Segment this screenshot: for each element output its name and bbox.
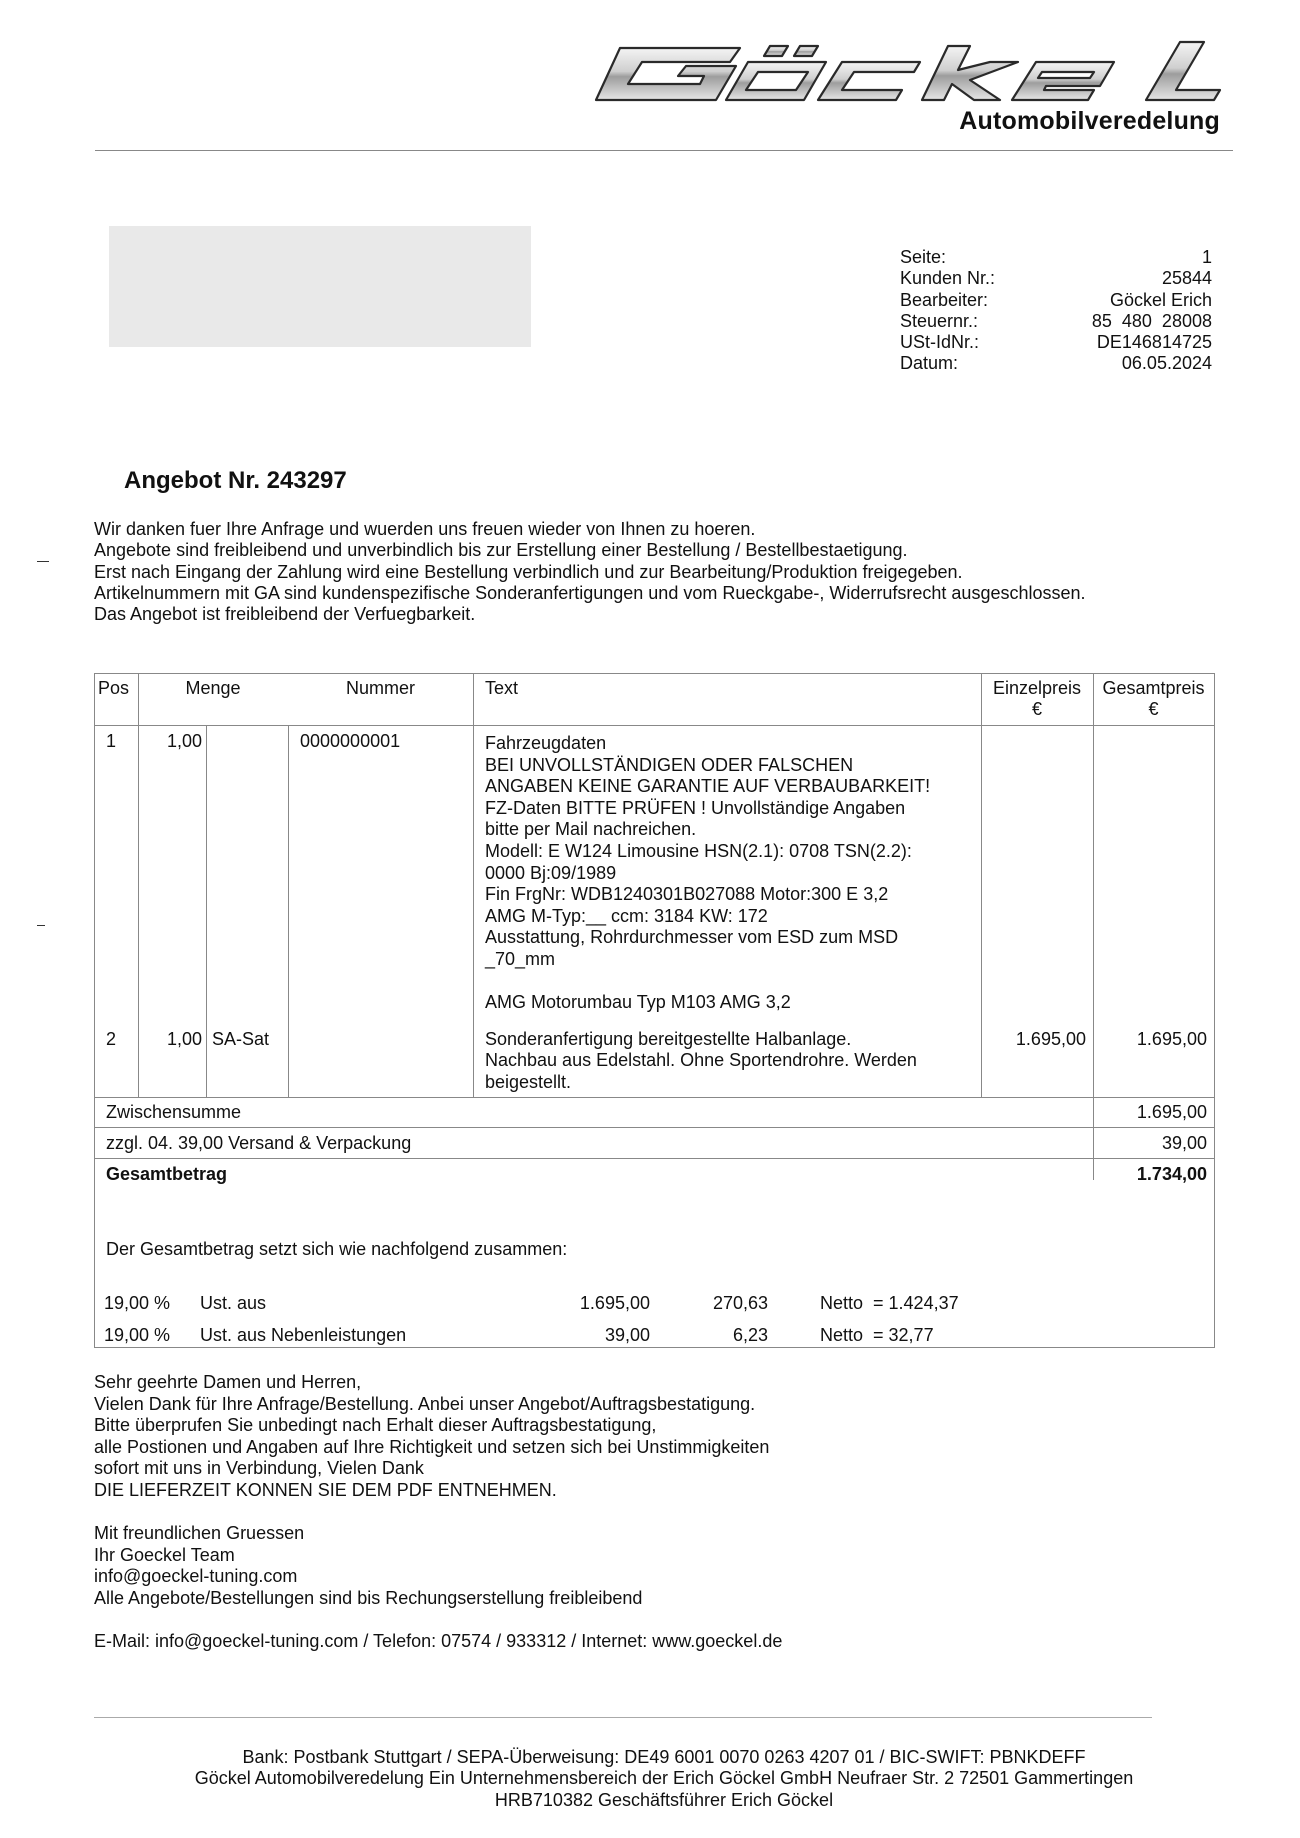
tax-rate: 19,00 % <box>104 1325 170 1346</box>
intro-line: Artikelnummern mit GA sind kundenspezifi… <box>94 583 1086 604</box>
column-header-menge: Menge <box>138 678 288 699</box>
fold-mark <box>37 561 49 562</box>
letter-line: DIE LIEFERZEIT KONNEN SIE DEM PDF ENTNEH… <box>94 1480 782 1502</box>
letter-spacer <box>94 1610 782 1632</box>
meta-label: Datum: <box>900 353 958 374</box>
row-text-line: Sonderanfertigung bereitgestellte Halban… <box>485 1029 917 1050</box>
row-text: Sonderanfertigung bereitgestellte Halban… <box>485 1029 917 1093</box>
column-header-einzelpreis: Einzelpreis € <box>981 678 1093 721</box>
meta-row-customer-number: Kunden Nr.: 25844 <box>900 268 1212 289</box>
intro-line: Angebote sind freibleibend und unverbind… <box>94 540 1086 561</box>
meta-row-tax-number: Steuernr.: 85 480 28008 <box>900 311 1212 332</box>
tax-net: Netto = 1.424,37 <box>820 1293 959 1314</box>
column-header-pos: Pos <box>98 678 129 699</box>
tax-net: Netto = 32,77 <box>820 1325 934 1346</box>
goeckel-logo-wordmark <box>590 40 1230 110</box>
meta-value: DE146814725 <box>1097 332 1212 353</box>
page-footer: Bank: Postbank Stuttgart / SEPA-Überweis… <box>94 1747 1234 1811</box>
logo-subtitle: Automobilveredelung <box>959 107 1220 136</box>
meta-value: 1 <box>1202 247 1212 268</box>
meta-row-clerk: Bearbeiter: Göckel Erich <box>900 290 1212 311</box>
punch-mark <box>37 925 45 926</box>
intro-line: Erst nach Eingang der Zahlung wird eine … <box>94 562 1086 583</box>
footer-registry-line: HRB710382 Geschäftsführer Erich Göckel <box>94 1790 1234 1811</box>
contact-email: info@goeckel-tuning.com <box>94 1566 782 1588</box>
row-text: Fahrzeugdaten BEI UNVOLLSTÄNDIGEN ODER F… <box>485 733 930 1014</box>
row-text-line: Modell: E W124 Limousine HSN(2.1): 0708 … <box>485 841 930 863</box>
row-text-line: bitte per Mail nachreichen. <box>485 819 930 841</box>
meta-label: Seite: <box>900 247 946 268</box>
meta-row-vat-id: USt-IdNr.: DE146814725 <box>900 332 1212 353</box>
tax-amount: 6,23 <box>660 1325 768 1346</box>
row-text-line: Fahrzeugdaten <box>485 733 930 755</box>
row-gesamtpreis: 1.695,00 <box>1093 1029 1207 1050</box>
letter-line: Bitte überprufen Sie unbedingt nach Erha… <box>94 1415 782 1437</box>
document-meta: Seite: 1 Kunden Nr.: 25844 Bearbeiter: G… <box>900 247 1212 375</box>
footer-company-line: Göckel Automobilveredelung Ein Unternehm… <box>94 1768 1234 1789</box>
row-text-line: AMG Motorumbau Typ M103 AMG 3,2 <box>485 992 930 1014</box>
tax-rate: 19,00 % <box>104 1293 170 1314</box>
meta-row-page: Seite: 1 <box>900 247 1212 268</box>
offer-title: Angebot Nr. 243297 <box>124 467 347 495</box>
meta-value: 06.05.2024 <box>1122 353 1212 374</box>
breakdown-intro: Der Gesamtbetrag setzt sich wie nachfolg… <box>106 1239 567 1260</box>
row-text-line: 0000 Bj:09/1989 <box>485 863 930 885</box>
tax-label: Ust. aus Nebenleistungen <box>200 1325 406 1346</box>
total-label: Gesamtbetrag <box>106 1164 227 1185</box>
meta-value: 25844 <box>1162 268 1212 289</box>
column-header-gesamtpreis: Gesamtpreis € <box>1093 678 1214 721</box>
recipient-address-box <box>109 226 531 347</box>
row-text-line: _70_mm <box>485 949 930 971</box>
row-text-line <box>485 971 930 993</box>
intro-text: Wir danken fuer Ihre Anfrage und wuerden… <box>94 519 1086 625</box>
subtotal-value: 1.695,00 <box>1093 1102 1207 1123</box>
shipping-value: 39,00 <box>1093 1133 1207 1154</box>
row-einzelpreis: 1.695,00 <box>981 1029 1086 1050</box>
letter-line: sofort mit uns in Verbindung, Vielen Dan… <box>94 1458 782 1480</box>
subtotal-label: Zwischensumme <box>106 1102 241 1123</box>
meta-row-date: Datum: 06.05.2024 <box>900 353 1212 374</box>
tax-gross: 39,00 <box>540 1325 650 1346</box>
column-header-nummer: Nummer <box>288 678 473 699</box>
intro-line: Das Angebot ist freibleibend der Verfueg… <box>94 604 1086 625</box>
tax-label: Ust. aus <box>200 1293 266 1314</box>
intro-line: Wir danken fuer Ihre Anfrage und wuerden… <box>94 519 1086 540</box>
meta-label: Steuernr.: <box>900 311 978 332</box>
einzelpreis-label: Einzelpreis <box>981 678 1093 699</box>
total-value: 1.734,00 <box>1093 1164 1207 1185</box>
letter-line: Mit freundlichen Gruessen <box>94 1523 782 1545</box>
currency-unit: € <box>1093 699 1214 720</box>
letter-line: alle Postionen und Angaben auf Ihre Rich… <box>94 1437 782 1459</box>
closing-letter: Sehr geehrte Damen und Herren, Vielen Da… <box>94 1372 782 1653</box>
row-text-line: AMG M-Typ:__ ccm: 3184 KW: 172 <box>485 906 930 928</box>
currency-unit: € <box>981 699 1093 720</box>
tax-gross: 1.695,00 <box>540 1293 650 1314</box>
meta-value: Göckel Erich <box>1110 290 1212 311</box>
row-pos: 1 <box>106 731 116 752</box>
row-menge: 1,00 <box>140 731 202 752</box>
footer-divider <box>94 1717 1152 1718</box>
contact-line: E-Mail: info@goeckel-tuning.com / Telefo… <box>94 1631 782 1653</box>
tax-amount: 270,63 <box>660 1293 768 1314</box>
meta-value: 85 480 28008 <box>1092 311 1212 332</box>
row-text-line: ANGABEN KEINE GARANTIE AUF VERBAUBARKEIT… <box>485 776 930 798</box>
row-menge: 1,00 <box>140 1029 202 1050</box>
row-nummer: 0000000001 <box>300 731 400 752</box>
footer-bank-line: Bank: Postbank Stuttgart / SEPA-Überweis… <box>94 1747 1234 1768</box>
header-divider <box>95 150 1233 151</box>
meta-label: Kunden Nr.: <box>900 268 995 289</box>
row-text-line: Fin FrgNr: WDB1240301B027088 Motor:300 E… <box>485 884 930 906</box>
letter-line: Ihr Goeckel Team <box>94 1545 782 1567</box>
row-text-line: BEI UNVOLLSTÄNDIGEN ODER FALSCHEN <box>485 755 930 777</box>
row-text-line: Nachbau aus Edelstahl. Ohne Sportendrohr… <box>485 1050 917 1071</box>
letter-line: Alle Angebote/Bestellungen sind bis Rech… <box>94 1588 782 1610</box>
row-text-line: beigestellt. <box>485 1072 917 1093</box>
meta-label: Bearbeiter: <box>900 290 988 311</box>
meta-label: USt-IdNr.: <box>900 332 979 353</box>
column-header-text: Text <box>485 678 518 699</box>
row-text-line: Ausstattung, Rohrdurchmesser vom ESD zum… <box>485 927 930 949</box>
row-pos: 2 <box>106 1029 116 1050</box>
company-logo: Automobilveredelung <box>590 40 1230 150</box>
row-unit: SA-Sat <box>212 1029 287 1050</box>
gesamtpreis-label: Gesamtpreis <box>1093 678 1214 699</box>
row-text-line: FZ-Daten BITTE PRÜFEN ! Unvollständige A… <box>485 798 930 820</box>
letter-spacer <box>94 1502 782 1524</box>
letter-line: Vielen Dank für Ihre Anfrage/Bestellung.… <box>94 1394 782 1416</box>
letter-line: Sehr geehrte Damen und Herren, <box>94 1372 782 1394</box>
shipping-label: zzgl. 04. 39,00 Versand & Verpackung <box>106 1133 411 1154</box>
